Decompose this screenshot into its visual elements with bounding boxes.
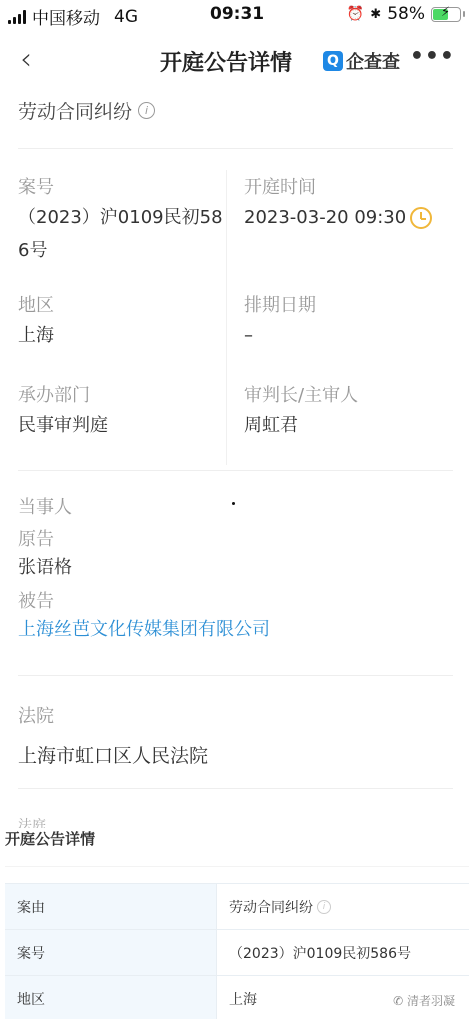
table-key: 地区 (5, 976, 217, 1019)
divider (18, 675, 453, 676)
status-right: ⏰ ✱ 58% ⚡ (347, 4, 461, 24)
court-value: 上海市虹口区人民法院 (18, 740, 208, 773)
brand-name: 企查查 (346, 48, 400, 74)
status-bar: 中国移动 4G 09:31 ⏰ ✱ 58% ⚡ (0, 0, 469, 32)
bluetooth-icon: ✱ (370, 7, 381, 22)
region-value: 上海 (18, 319, 228, 352)
table-value: 劳动合同纠纷 i (217, 884, 469, 929)
divider (18, 148, 453, 149)
back-icon[interactable]: ‹ (20, 42, 32, 77)
charging-icon: ⚡ (441, 5, 450, 20)
battery-percent: 58% (387, 4, 425, 24)
field-hearing-time: 开庭时间 2023-03-20 09:30 (244, 173, 459, 234)
schedule-date-label: 排期日期 (244, 291, 459, 317)
hearing-time-value: 2023-03-20 09:30 (244, 201, 459, 234)
field-case-no: 案号 （2023）沪0109民初586号 (18, 173, 228, 267)
field-region: 地区 上海 (18, 291, 228, 352)
region-label: 地区 (18, 291, 228, 317)
judge-value: 周虹君 (244, 409, 459, 442)
hearing-time-label: 开庭时间 (244, 173, 459, 199)
parties-section: 当事人 原告 张语格 被告 上海丝芭文化传媒集团有限公司 (18, 493, 270, 641)
divider (5, 866, 469, 867)
alarm-status-icon: ⏰ (347, 6, 364, 22)
watermark: ✆ 清者羽凝 (393, 992, 455, 1009)
defendant-label: 被告 (18, 587, 270, 613)
parties-label: 当事人 (18, 493, 270, 519)
department-label: 承办部门 (18, 381, 228, 407)
clock: 09:31 (210, 4, 264, 24)
table-key: 案由 (5, 884, 217, 929)
case-no-value: （2023）沪0109民初586号 (18, 201, 228, 267)
plaintiff-name: 张语格 (18, 553, 270, 579)
page-title: 开庭公告详情 (160, 46, 292, 77)
defendant-link[interactable]: 上海丝芭文化传媒集团有限公司 (18, 615, 270, 641)
table-key: 案号 (5, 930, 217, 975)
table-value: （2023）沪0109民初586号 (217, 930, 469, 975)
info-icon[interactable]: i (138, 102, 155, 119)
divider (18, 470, 453, 471)
judge-label: 审判长/主审人 (244, 381, 459, 407)
table-row: 案号 （2023）沪0109民初586号 (5, 930, 469, 976)
network-label: 4G (114, 7, 138, 27)
table-value-text: 劳动合同纠纷 (229, 897, 313, 917)
field-judge: 审判长/主审人 周虹君 (244, 381, 459, 442)
qichacha-logo-icon: Q (323, 51, 343, 71)
hearing-time-text: 2023-03-20 09:30 (244, 207, 406, 228)
case-cause: 劳动合同纠纷 i (18, 97, 155, 124)
case-no-label: 案号 (18, 173, 228, 199)
battery-icon: ⚡ (431, 7, 461, 22)
divider (18, 788, 453, 789)
signal-icon (8, 10, 26, 24)
court-section: 法院 上海市虹口区人民法院 (18, 702, 208, 773)
carrier-label: 中国移动 (32, 4, 100, 29)
brand-logo: Q 企查查 (323, 48, 400, 74)
info-icon[interactable]: i (317, 900, 331, 914)
more-icon[interactable]: ••• (410, 44, 455, 69)
plaintiff-label: 原告 (18, 525, 270, 551)
bottom-panel-title: 开庭公告详情 (5, 828, 103, 849)
court-label: 法院 (18, 702, 208, 728)
table-row: 案由 劳动合同纠纷 i (5, 884, 469, 930)
reminder-alarm-icon[interactable] (410, 207, 432, 229)
field-schedule-date: 排期日期 – (244, 291, 459, 352)
case-cause-text: 劳动合同纠纷 (18, 97, 132, 124)
stray-dot (232, 502, 235, 505)
status-left: 中国移动 4G (8, 4, 138, 29)
field-department: 承办部门 民事审判庭 (18, 381, 228, 442)
nav-bar: ‹ 开庭公告详情 Q 企查查 ••• (0, 32, 469, 88)
department-value: 民事审判庭 (18, 409, 228, 442)
schedule-date-value: – (244, 319, 459, 352)
